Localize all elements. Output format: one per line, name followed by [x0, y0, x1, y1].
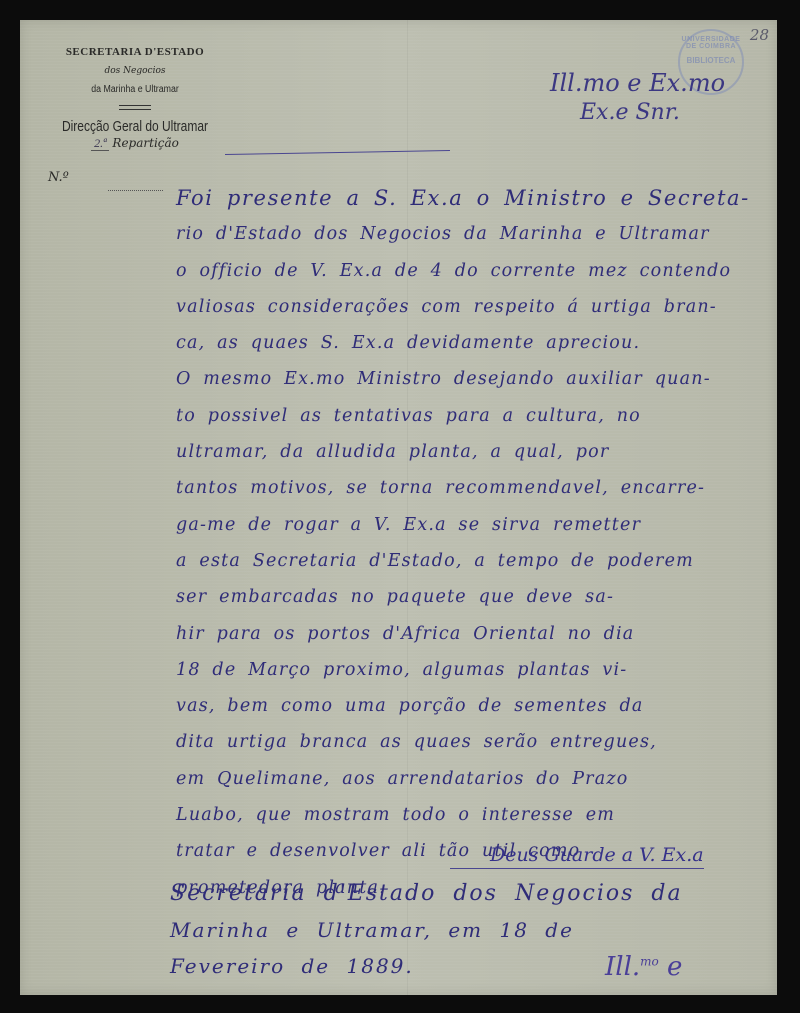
letter-line: hir para os portos d'Africa Oriental no …: [176, 616, 776, 652]
letter-line: em Quelimane, aos arrendatarios do Prazo: [176, 761, 776, 797]
reparticao-number: 2.ª: [91, 136, 109, 151]
place-date-line: Marinha e Ultramar, em 18 de: [170, 912, 770, 948]
letterhead-reparticao: 2.ªRepartição: [50, 136, 220, 151]
stamp-middle-text: BIBLIOTECA: [680, 56, 742, 65]
letter-line: tantos motivos, se torna recommendavel, …: [176, 470, 776, 506]
letterhead-divider: [119, 105, 151, 110]
letter-line: ser embarcadas no paquete que deve sa-: [176, 579, 776, 615]
number-label: N.º: [48, 170, 69, 185]
letterhead-marinha: da Marinha e Ultramar: [60, 84, 210, 95]
stamp-top-text: UNIVERSIDADE DE COIMBRA: [680, 36, 742, 50]
place-date-line: Secretaria d'Estado dos Negocios da: [170, 876, 770, 912]
closing-formula: Deus Guarde a V. Ex.a: [450, 842, 704, 869]
letter-line: ultramar, da alludida planta, a qual, po…: [176, 434, 776, 470]
flourish-line: [225, 150, 450, 156]
letter-line: O mesmo Ex.mo Ministro desejando auxilia…: [176, 361, 776, 397]
addressee-sup: mo: [640, 954, 659, 968]
scanned-document: SECRETARIA D'ESTADO dos Negocios da Mari…: [0, 0, 800, 1013]
salutation-line-2: Ex.e Snr.: [580, 98, 725, 128]
letterhead: SECRETARIA D'ESTADO dos Negocios da Mari…: [50, 46, 220, 151]
letter-line: valiosas considerações com respeito á ur…: [176, 289, 776, 325]
salutation-line-1: Ill.mo e Ex.mo: [550, 69, 725, 97]
letter-line: rio d'Estado dos Negocios da Marinha e U…: [176, 216, 776, 252]
letter-line: vas, bem como uma porção de sementes da: [176, 688, 776, 724]
reparticao-label: Repartição: [112, 136, 178, 150]
folio-number: 28: [750, 26, 769, 44]
letter-line: ca, as quaes S. Ex.a devidamente aprecio…: [176, 325, 776, 361]
letter-page: SECRETARIA D'ESTADO dos Negocios da Mari…: [20, 20, 777, 995]
letter-line: ga-me de rogar a V. Ex.a se sirva remett…: [176, 507, 776, 543]
letterhead-negocios: dos Negocios: [50, 66, 220, 76]
letter-body: Foi presente a S. Ex.a o Ministro e Secr…: [176, 180, 776, 906]
salutation: Ill.mo e Ex.mo Ex.e Snr.: [550, 68, 725, 128]
letter-line: to possivel as tentativas para a cultura…: [176, 398, 776, 434]
letter-line: Foi presente a S. Ex.a o Ministro e Secr…: [176, 180, 776, 216]
letterhead-ministry: SECRETARIA D'ESTADO: [50, 46, 220, 58]
addressee-abbrev: Ill.mo e: [605, 952, 682, 982]
letterhead-direccao: Direcção Geral do Ultramar: [51, 118, 219, 135]
letter-line: o officio de V. Ex.a de 4 do corrente me…: [176, 253, 776, 289]
letter-line: a esta Secretaria d'Estado, a tempo de p…: [176, 543, 776, 579]
letter-line: Luabo, que mostram todo o interesse em: [176, 797, 776, 833]
number-blank-line: [108, 190, 163, 191]
letter-line: dita urtiga branca as quaes serão entreg…: [176, 724, 776, 760]
addressee-suffix: e: [659, 952, 683, 982]
addressee-text: Ill.: [605, 952, 640, 982]
letter-line: 18 de Março proximo, algumas plantas vi-: [176, 652, 776, 688]
